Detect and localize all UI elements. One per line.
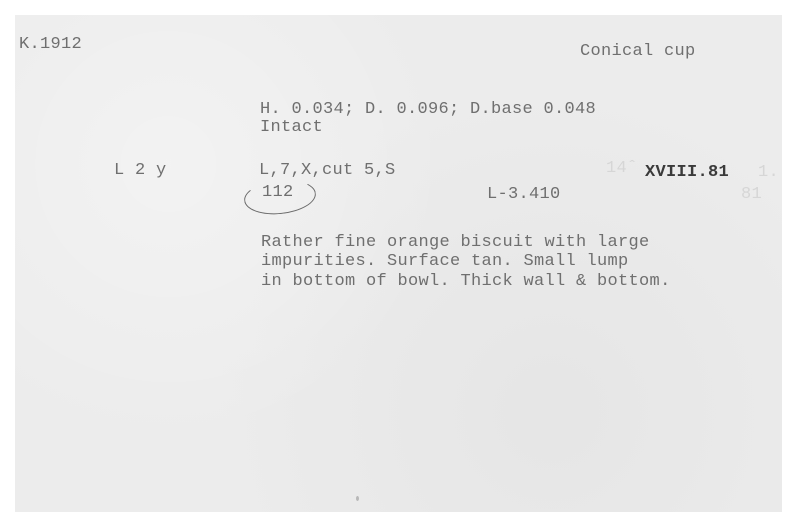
inventory-number: L-3.410 bbox=[487, 186, 561, 204]
location-code: L 2 y bbox=[114, 162, 167, 180]
description-line-1: Rather fine orange biscuit with large bbox=[261, 234, 650, 252]
ghost-text-below: 81 bbox=[741, 186, 762, 204]
description-line-2: impurities. Surface tan. Small lump bbox=[261, 253, 629, 271]
description-line-3: in bottom of bowl. Thick wall & bottom. bbox=[261, 273, 671, 291]
ghost-text-left: 14ˆ bbox=[606, 160, 638, 178]
object-type: Conical cup bbox=[580, 43, 696, 61]
ghost-text-right: 1. bbox=[758, 164, 779, 182]
dimensions: H. 0.034; D. 0.096; D.base 0.048 bbox=[260, 101, 596, 119]
condition: Intact bbox=[260, 119, 323, 137]
roman-reference: XVIII.81 bbox=[645, 164, 729, 182]
catalog-number: K.1912 bbox=[19, 36, 82, 54]
paper-speck bbox=[356, 496, 359, 501]
find-context: L,7,X,cut 5,S bbox=[259, 162, 396, 180]
